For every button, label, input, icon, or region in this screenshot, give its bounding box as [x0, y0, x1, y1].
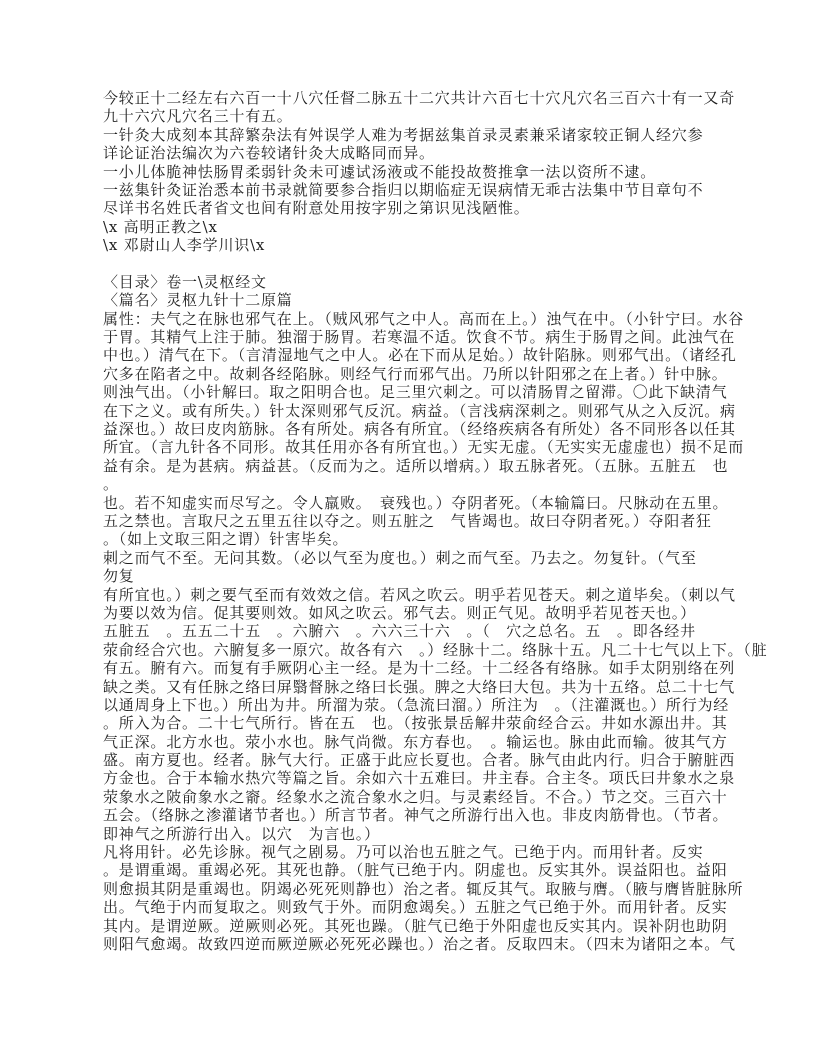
text-line: 即神气之所游行出入。以穴 为言也。） — [103, 825, 751, 843]
text-line: 一针灸大成刻本其辞繁杂法有舛误学人难为考据兹集首录灵素兼采诸家较正铜人经穴参 — [103, 126, 751, 144]
text-line: \x 高明正教之\x — [103, 218, 751, 236]
text-line: 刺之而气不至。无问其数。（必以气至为度也。）刺之而气至。乃去之。勿复针。（气至 — [103, 549, 751, 567]
text-line: 九十六穴凡穴名三十有五。 — [103, 107, 751, 125]
text-line: 在下之义。或有所失。）针太深则邪气反沉。病益。（言浅病深刺之。则邪气从之入反沉。… — [103, 402, 751, 420]
text-line: 以通周身上下也。）所出为井。所溜为荥。（急流曰溜。）所注为 。（注灌溉也。）所行… — [103, 696, 751, 714]
text-line: 所宜。（言九针各不同形。故其任用亦各有所宜也。）无实无虚。（无实实无虚虚也）损不… — [103, 438, 751, 456]
text-line: 〈目录〉卷一\灵枢经文 — [103, 273, 751, 291]
document-body: 今较正十二经左右六百一十八穴任督二脉五十二穴共计六百七十穴凡穴名三百六十有一又奇… — [103, 89, 751, 953]
text-line: 详论证治法编次为六卷较诸针灸大成略同而异。 — [103, 144, 751, 162]
text-line: 为要以效为信。促其要则效。如风之吹云。邪气去。则正气见。故明乎若见苍天也。） — [103, 604, 751, 622]
text-line: 益深也。）故曰皮肉筋脉。各有所处。病各有所宜。（经络疾病各有所处）各不同形各以任… — [103, 420, 751, 438]
headings-section: 〈目录〉卷一\灵枢经文〈篇名〉灵枢九针十二原篇 — [103, 273, 751, 310]
text-line: 一兹集针灸证治悉本前书录就简要参合指归以期临症无误病情无乖古法集中节目章句不 — [103, 181, 751, 199]
text-line: 一小儿体脆神怯肠胃柔弱针灸未可遽试汤液或不能投故赘推拿一法以资所不逮。 — [103, 163, 751, 181]
text-line: 于胃。其精气上注于肺。独溜于肠胃。若寒温不适。饮食不节。病生于肠胃之间。此浊气在 — [103, 328, 751, 346]
text-line: 五会。（络脉之渗灌诸节者也。）所言节者。神气之所游行出入也。非皮肉筋骨也。（节者… — [103, 806, 751, 824]
text-line: 穴多在陷者之中。故刺各经陷脉。则经气行而邪气出。乃所以针阳邪之在上者。）针中脉。 — [103, 365, 751, 383]
text-line: 有所宜也。）刺之要气至而有效效之信。若风之吹云。明乎若见苍天。刺之道毕矣。（刺以… — [103, 586, 751, 604]
text-line: 荥象水之陂俞象水之窬。经象水之流合象水之归。与灵素经旨。不合。）节之交。三百六十 — [103, 788, 751, 806]
text-line: 。所入为合。二十七气所行。皆在五 也。（按张景岳解井荥俞经合云。井如水源出井。其 — [103, 714, 751, 732]
text-line: 〈篇名〉灵枢九针十二原篇 — [103, 291, 751, 309]
text-line: 。是谓重竭。重竭必死。其死也静。（脏气已绝于内。阴虚也。反实其外。误益阳也。益阳 — [103, 861, 751, 879]
text-line: 方金也。合于本输水热穴等篇之旨。余如六十五难曰。井主春。合主冬。项氏曰井象水之泉 — [103, 769, 751, 787]
text-line: 益有余。是为甚病。病益甚。（反而为之。适所以增病。）取五脉者死。（五脉。五脏五 … — [103, 457, 751, 475]
chapter-body-section: 属性：夫气之在脉也邪气在上。（贼风邪气之中人。高而在上。）浊气在中。（小针宁曰。… — [103, 310, 751, 954]
text-line: 缺之类。又有任脉之络曰屏翳督脉之络曰长强。脾之大络曰大包。共为十五络。总二十七气 — [103, 678, 751, 696]
text-line: 出。气绝于内而复取之。则致气于外。而阴愈竭矣。）五脏之气已绝于外。而用针者。反实 — [103, 898, 751, 916]
text-line: 中也。）清气在下。（言清湿地气之中人。必在下而从足始。）故针陷脉。则邪气出。（诸… — [103, 346, 751, 364]
text-line: 则浊气出。（小针解曰。取之阳明合也。足三里穴刺之。可以清肠胃之留滞。〇此下缺清气 — [103, 383, 751, 401]
text-line: 勿复 — [103, 567, 751, 585]
text-line: 则愈损其阴是重竭也。阴竭必死死则静也）治之者。辄反其气。取腋与膺。（腋与膺皆脏脉… — [103, 880, 751, 898]
text-line: 其内。是谓逆厥。逆厥则必死。其死也躁。（脏气已绝于外阳虚也反实其内。误补阴也助阴 — [103, 917, 751, 935]
text-line: 五之禁也。言取尺之五里五往以夺之。则五脏之 气皆竭也。故曰夺阴者死。）夺阳者狂 — [103, 512, 751, 530]
text-line: 则阳气愈竭。故致四逆而厥逆厥必死死必躁也。）治之者。反取四末。（四末为诸阳之本。… — [103, 935, 751, 953]
text-line: 尽详书名姓氏者省文也间有附意处用按字别之第识见浅陋惟。 — [103, 199, 751, 217]
text-line: 也。若不知虚实而尽写之。令人羸败。 衰残也。）夺阴者死。（本输篇曰。尺脉动在五里… — [103, 494, 751, 512]
text-line: 气正深。北方水也。荥小水也。脉气尚微。东方春也。 。输运也。脉由此而输。彼其气方 — [103, 733, 751, 751]
text-line: 五脏五 。五五二十五 。六腑六 。六六三十六 。（ 穴之总名。五 。即各经井 — [103, 622, 751, 640]
text-line: 盛。南方夏也。经者。脉气大行。正盛于此应长夏也。合者。脉气由此内行。归合于腑脏西 — [103, 751, 751, 769]
preface-section: 今较正十二经左右六百一十八穴任督二脉五十二穴共计六百七十穴凡穴名三百六十有一又奇… — [103, 89, 751, 255]
text-line: \x 邓尉山人李学川识\x — [103, 236, 751, 254]
text-line: 。 — [103, 475, 751, 493]
text-line: 属性：夫气之在脉也邪气在上。（贼风邪气之中人。高而在上。）浊气在中。（小针宁曰。… — [103, 310, 751, 328]
text-line: 凡将用针。必先诊脉。视气之剧易。乃可以治也五脏之气。已绝于内。而用针者。反实 — [103, 843, 751, 861]
text-line: 荥俞经合穴也。六腑复多一原穴。故各有六 。）经脉十二。络脉十五。凡二十七气以上下… — [103, 641, 751, 659]
text-line: 有五。腑有六。而复有手厥阴心主一经。是为十二经。十二经各有络脉。如手太阴别络在列 — [103, 659, 751, 677]
text-line: 。（如上文取三阳之谓）针害毕矣。 — [103, 530, 751, 548]
text-line: 今较正十二经左右六百一十八穴任督二脉五十二穴共计六百七十穴凡穴名三百六十有一又奇 — [103, 89, 751, 107]
document-page: 今较正十二经左右六百一十八穴任督二脉五十二穴共计六百七十穴凡穴名三百六十有一又奇… — [0, 0, 816, 1056]
